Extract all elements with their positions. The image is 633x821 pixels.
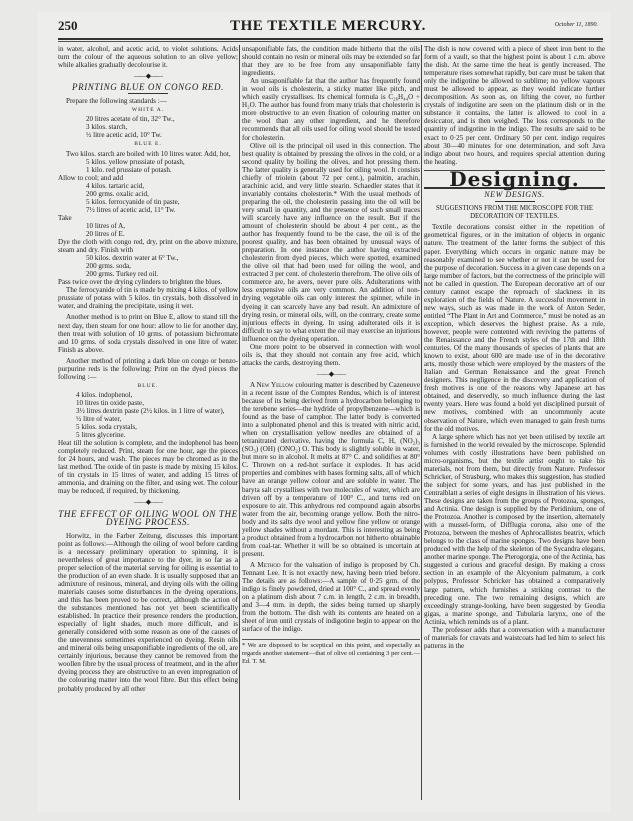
heat-paragraph: Heat till the solution is complete, and … <box>58 439 238 495</box>
another-method-2-paragraph: Another method of printing a dark blue o… <box>58 357 238 381</box>
recipe-line: 4 kilos. tartaric acid, <box>86 182 238 190</box>
take-text: Take <box>58 214 238 222</box>
column-divider <box>421 45 422 800</box>
section-heading-designing: Designing. <box>424 170 605 189</box>
paragraph: The dish is now covered with a piece of … <box>424 45 605 166</box>
recipe-line: 5 kilos. ferrocyanide of tin paste, <box>86 198 238 206</box>
indigo-method-paragraph: A Method for the valuation of indigo is … <box>242 561 420 633</box>
recipe-line: 20 litres of E. <box>86 230 238 238</box>
dye-paragraph: Dye the cloth with congo red, dry, print… <box>58 238 238 254</box>
recipe-line: ½ litre acetic acid, 10° Tw. <box>86 131 238 139</box>
allow-cool-text: Allow to cool; and add <box>58 174 238 182</box>
new-yellow-paragraph: A New Yellow colouring matter is describ… <box>242 381 420 558</box>
recipe-line: 4 kilos. indophenol, <box>76 391 238 399</box>
ornament-divider: ——◆—— <box>242 370 420 378</box>
issue-date: October 11, 1890. <box>555 22 598 28</box>
recipe-line: 5 kilos. soda crystals, <box>76 423 238 431</box>
recipe-line: 3 kilos. starch, <box>86 123 238 131</box>
ferrocyanide-paragraph: The ferrocyanide of tin is made by mixin… <box>58 286 238 310</box>
another-method-paragraph: Another method is to print on Blue E, al… <box>58 313 238 353</box>
page-number: 250 <box>58 18 78 34</box>
ornament-divider: ——◆—— <box>58 72 238 80</box>
recipe-cool-add: 4 kilos. tartaric acid, 200 grms. oxalic… <box>58 182 238 214</box>
recipe-line: 50 kilos. dextrin water at 6° Tw., <box>86 254 238 262</box>
recipe-line: 20 litres acetate of tin, 32° Tw., <box>86 115 238 123</box>
recipe-line: 3½ litres dextrin paste (2½ kilos. in 1 … <box>76 407 238 415</box>
paragraph-body: colouring matter is described by Cazeneu… <box>242 381 420 558</box>
recipe-line: 200 grms. Turkey red oil. <box>86 270 238 278</box>
recipe-line: 200 grms. oxalic acid, <box>86 190 238 198</box>
recipe-blue: 4 kilos. indophenol, 10 litres tin oxide… <box>58 391 238 439</box>
microscope-paragraph: A large sphere which has not yet been ut… <box>424 433 605 626</box>
heading-rule <box>128 528 168 529</box>
publication-title: THE TEXTILE MERCURY. <box>58 18 598 35</box>
heading-rule <box>128 93 168 94</box>
masthead: THE TEXTILE MERCURY. 250 October 11, 189… <box>58 18 598 36</box>
recipe-white-a: 20 litres acetate of tin, 32° Tw., 3 kil… <box>58 115 238 139</box>
pass-paragraph: Pass twice over the drying cylinders to … <box>58 278 238 286</box>
article-heading-oiling-wool: THE EFFECT OF OILING WOOL ON THE DYEING … <box>58 510 238 526</box>
recipe-line: 10 litres of A, <box>86 222 238 230</box>
recipe-line: 7½ litres of acetic acid, 11° Tw. <box>86 206 238 214</box>
heading-rule <box>495 201 535 202</box>
column-2: unsaponifiable fats, the condition made … <box>242 45 420 805</box>
article-heading-printing-blue: PRINTING BLUE ON CONGO RED. <box>58 83 238 91</box>
blue-e-intro: Two kilos. starch are boiled with 10 lit… <box>58 150 238 158</box>
intro-paragraph: in water, alcohol, and acetic acid, to v… <box>58 45 238 69</box>
recipe-label-blue: BLUE. <box>58 382 238 390</box>
footnote: * We are disposed to be sceptical on thi… <box>242 639 420 665</box>
ornament-divider: ——◆—— <box>58 498 238 506</box>
lead-in: A Method <box>250 561 281 569</box>
recipe-label-white-a: WHITE A. <box>58 106 238 114</box>
olive-oil-paragraph: Olive oil is the principal oil used in t… <box>242 142 420 343</box>
cholesterin-paragraph: An unsaponifiable fat that the author ha… <box>242 77 420 141</box>
paragraph: unsaponifiable fats, the condition made … <box>242 45 420 77</box>
newspaper-page: THE TEXTILE MERCURY. 250 October 11, 189… <box>38 12 610 812</box>
recipe-line: 5 kilos. yellow prussiate of potash, <box>86 158 238 166</box>
recipe-line: 5 litres glycerine. <box>76 431 238 439</box>
recipe-line: 10 litres tin oxide paste, <box>76 399 238 407</box>
recipe-line: ½ litre of water, <box>76 415 238 423</box>
recipe-label-blue-e: BLUE E. <box>58 140 238 148</box>
masthead-rule <box>58 38 603 42</box>
column-1: in water, alcohol, and acetic acid, to v… <box>58 45 238 805</box>
recipe-line: 200 grms. soda, <box>86 262 238 270</box>
recipe-line: 1 kilo. red prussiate of potash. <box>86 166 238 174</box>
paragraph-body: for the valuation of indigo is proposed … <box>242 561 420 633</box>
recipe-blue-e: 5 kilos. yellow prussiate of potash, 1 k… <box>58 158 238 174</box>
article-heading-new-designs: NEW DESIGNS. <box>424 191 605 199</box>
recipe-finish: 50 kilos. dextrin water at 6° Tw., 200 g… <box>58 254 238 278</box>
column-3: The dish is now covered with a piece of … <box>424 45 605 805</box>
recipe-take: 10 litres of A, 20 litres of E. <box>58 222 238 238</box>
article-subheading: SUGGESTIONS FROM THE MICROSCOPE FOR THE … <box>424 205 605 221</box>
prepare-text: Prepare the following standards :— <box>58 97 238 105</box>
professor-paragraph: The professor adds that a conversation w… <box>424 626 605 650</box>
textile-decorations-paragraph: Textile decorations consist either in th… <box>424 223 605 432</box>
column-divider <box>239 45 240 800</box>
lead-in: A New Yellow <box>250 381 294 389</box>
free-acid-paragraph: One more point to be observed in connect… <box>242 343 420 367</box>
horwitz-paragraph: Horwitz, in the Farber Zeitung, discusse… <box>58 532 238 693</box>
